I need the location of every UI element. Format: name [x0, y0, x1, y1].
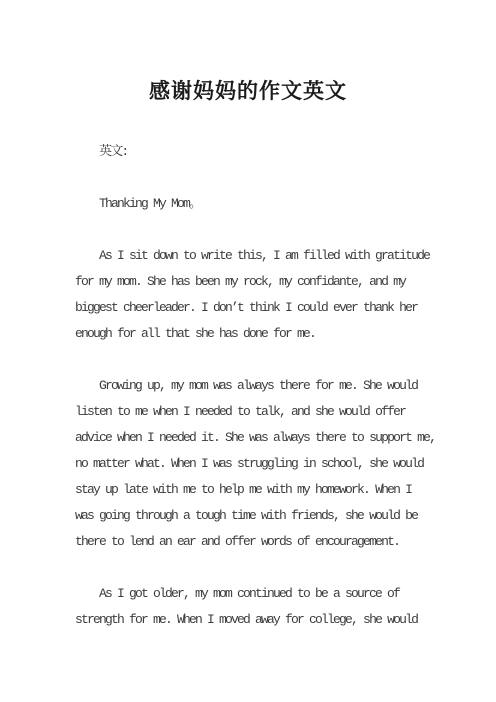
document-body: 英文: Thanking My Mom。 As I sit down to wr…	[0, 106, 496, 633]
paragraph: As I got older, my mom continued to be a…	[75, 581, 456, 633]
essay-heading: Thanking My Mom。	[75, 191, 456, 217]
language-label: 英文:	[75, 139, 456, 165]
paragraph: As I sit down to write this, I am filled…	[75, 243, 456, 347]
document-title: 感谢妈妈的作文英文	[0, 0, 496, 106]
paragraph: Growing up, my mom was always there for …	[75, 373, 456, 555]
document-page: 感谢妈妈的作文英文 英文: Thanking My Mom。 As I sit …	[0, 0, 496, 702]
